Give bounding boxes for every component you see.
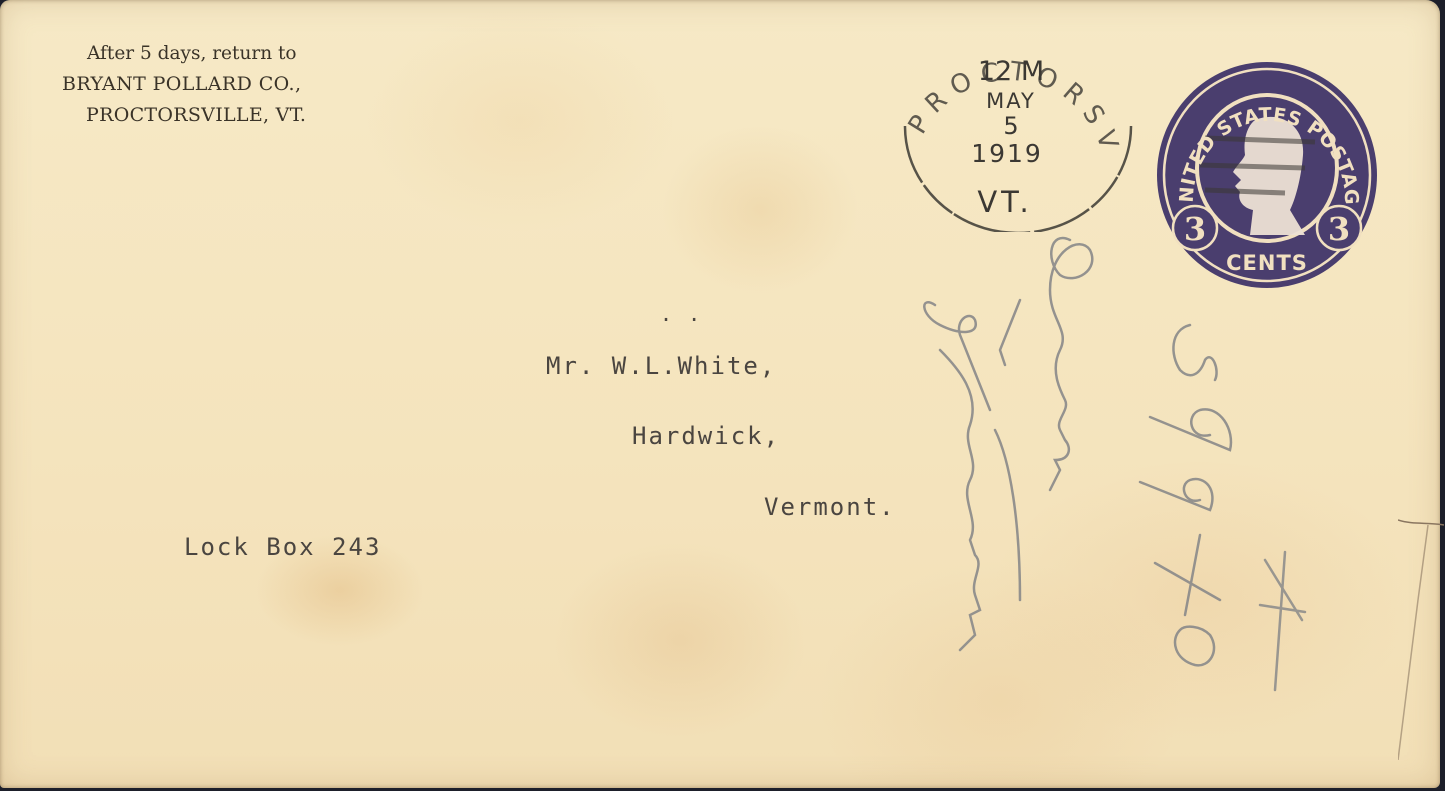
recipient-city: Hardwick,: [632, 422, 780, 450]
typed-dots: . .: [660, 302, 702, 326]
pencil-script-signature: [924, 238, 1092, 650]
recipient-state: Vermont.: [764, 493, 896, 521]
stamp-denomination-right: 3: [1328, 210, 1350, 248]
pencil-notations: [900, 220, 1320, 700]
postmark-cancel: PROCTORSVILLE 12 M MAY 5 1919 VT.: [893, 8, 1143, 232]
postmark-day: 5: [1003, 112, 1018, 140]
envelope: After 5 days, return to BRYANT POLLARD C…: [0, 0, 1440, 788]
return-company: BRYANT POLLARD CO.,: [62, 69, 306, 100]
paper-crease: [1398, 500, 1444, 760]
postmark-year: 1919: [971, 139, 1043, 168]
return-address: After 5 days, return to BRYANT POLLARD C…: [62, 38, 306, 131]
lock-box: Lock Box 243: [184, 533, 381, 561]
postmark-state: VT.: [977, 185, 1032, 219]
pencil-number-39940: [1140, 325, 1231, 665]
return-town: PROCTORSVILLE, VT.: [62, 100, 306, 131]
recipient-name: Mr. W.L.White,: [546, 352, 776, 380]
pencil-x-mark: [1260, 552, 1305, 690]
return-instruction: After 5 days, return to: [62, 38, 306, 69]
postmark-month: MAY: [986, 89, 1036, 113]
postmark-time: 12 M: [978, 56, 1044, 87]
